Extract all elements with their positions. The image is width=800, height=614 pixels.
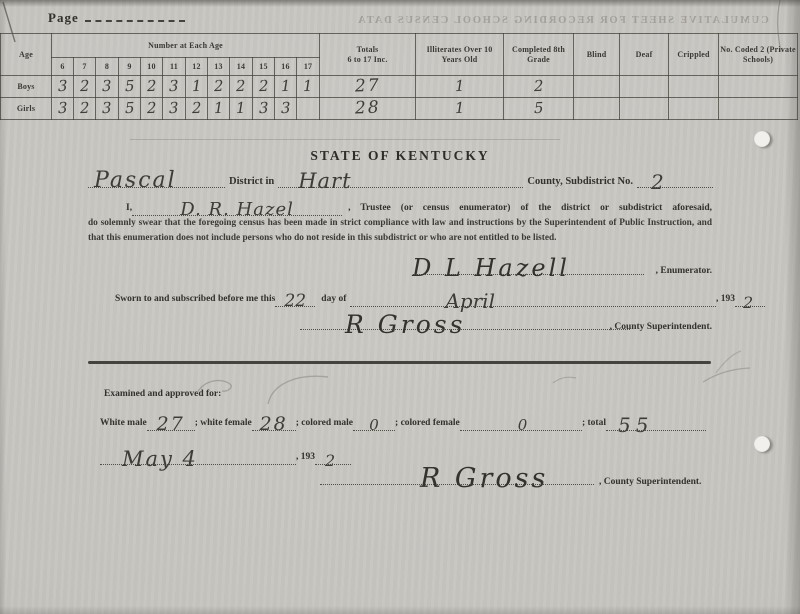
boys-deaf-cell	[620, 76, 669, 98]
colored-female-field: 0	[460, 418, 582, 431]
data-cell: 3	[253, 98, 275, 120]
sworn-label: Sworn to and subscribed before me this	[115, 294, 275, 305]
age-col-6: 6	[52, 58, 74, 76]
data-cell: 2	[74, 98, 96, 120]
enumerator-label: , Enumerator.	[656, 266, 712, 276]
boys-crippled-cell	[669, 76, 719, 98]
white-female-label: ; white female	[195, 418, 252, 429]
census-summary-table: Age Number at Each Age Totals 6 to 17 In…	[0, 33, 798, 120]
age-col-14: 14	[230, 58, 253, 76]
pencil-tick-mark-3	[716, 351, 741, 373]
enumerator-name-field: D. R. Hazel	[132, 201, 342, 216]
deaf-column-header: Deaf	[620, 34, 669, 76]
age-col-8: 8	[96, 58, 119, 76]
data-cell: 2	[141, 98, 163, 120]
white-male-label: White male	[100, 418, 147, 429]
colored-male-field: 0	[353, 418, 395, 431]
total-label: ; total	[582, 418, 606, 429]
subdistrict-number-field: 2	[637, 172, 713, 188]
age-column-header: Age	[1, 34, 52, 76]
age-col-17: 17	[297, 58, 320, 76]
data-cell: 1	[208, 98, 230, 120]
data-cell: 1	[297, 76, 320, 98]
illiterates-column-header: Illiterates Over 10 Years Old	[416, 34, 504, 76]
blind-column-header: Blind	[574, 34, 620, 76]
paper-edge-right	[785, 0, 800, 614]
enumerator-signature-line: D L Hazell , Enumerator.	[340, 244, 712, 282]
boys-row-label: Boys	[1, 76, 52, 98]
total-value: 55	[606, 415, 653, 435]
colored-male-label: ; colored male	[296, 418, 353, 429]
age-col-12: 12	[186, 58, 208, 76]
superintendent-label-2: , County Superintendent.	[599, 477, 701, 487]
age-col-7: 7	[74, 58, 96, 76]
approval-date-value: May 4	[100, 449, 198, 470]
superintendent-signature-line-1: R Gross , County Superintendent.	[300, 301, 712, 335]
document-page: CUMULATIVE SHEET FOR RECORDING SCHOOL CE…	[0, 0, 800, 614]
superintendent-signature-2: R Gross	[420, 465, 548, 492]
colored-female-value: 0	[460, 418, 528, 433]
girls-total-cell: 28	[320, 98, 416, 120]
white-male-field: 27	[147, 415, 195, 431]
punch-hole-bottom	[754, 436, 770, 452]
page-label: Page	[48, 10, 79, 25]
girls-deaf-cell	[620, 98, 669, 120]
completed-8th-column-header: Completed 8th Grade	[504, 34, 574, 76]
table-header-row-1: Age Number at Each Age Totals 6 to 17 In…	[1, 34, 798, 58]
subdistrict-number-value: 2	[637, 172, 664, 192]
data-cell: 2	[230, 76, 253, 98]
superintendent-signature-line-2: R Gross , County Superintendent.	[320, 452, 712, 492]
white-male-value: 27	[157, 415, 185, 434]
district-line: Pascal District in Hart County, Subdistr…	[88, 161, 713, 188]
county-subdistrict-label: County, Subdistrict No.	[527, 176, 633, 187]
age-col-16: 16	[275, 58, 297, 76]
white-female-value: 28	[260, 415, 288, 434]
data-cell: 1	[186, 76, 208, 98]
trustee-clause-label: , Trustee (or census enumerator) of the …	[348, 203, 712, 214]
number-at-each-age-header: Number at Each Age	[52, 34, 320, 58]
oath-paragraph: do solemnly swear that the foregoing cen…	[88, 216, 712, 246]
girls-blind-cell	[574, 98, 620, 120]
data-cell: 3	[163, 76, 186, 98]
enumerator-signature: D L Hazell	[350, 256, 632, 280]
girls-illiterates-cell: 1	[416, 98, 504, 120]
pencil-curve-mark	[268, 376, 328, 404]
pencil-tick-mark-2	[703, 368, 750, 382]
district-name-value: Pascal	[88, 170, 177, 192]
data-cell: 1	[230, 98, 253, 120]
data-cell: 2	[208, 76, 230, 98]
data-cell: 2	[141, 76, 163, 98]
total-field: 55	[606, 415, 706, 431]
data-cell: 2	[74, 76, 96, 98]
sworn-year-value: 2	[735, 295, 753, 311]
age-col-10: 10	[141, 58, 163, 76]
superintendent-label-1: , County Superintendent.	[610, 322, 712, 332]
boys-total-cell: 27	[320, 76, 416, 98]
data-cell: 5	[119, 98, 141, 120]
totals-header-line1: Totals	[357, 45, 379, 54]
age-col-11: 11	[163, 58, 186, 76]
county-name-value: Hart	[278, 171, 351, 192]
data-cell: 3	[163, 98, 186, 120]
totals-column-header: Totals 6 to 17 Inc.	[320, 34, 416, 76]
data-cell	[297, 98, 320, 120]
paper-edge-left	[0, 0, 6, 614]
data-cell: 1	[275, 76, 297, 98]
district-name-field: Pascal	[88, 170, 225, 188]
data-cell: 3	[275, 98, 297, 120]
data-cell: 3	[52, 76, 74, 98]
data-cell: 3	[96, 98, 119, 120]
sworn-year-field: 2	[735, 295, 765, 307]
paper-edge-top	[0, 0, 800, 7]
boys-8th-grade-cell: 2	[504, 76, 574, 98]
totals-header-line2: 6 to 17 Inc.	[347, 55, 387, 64]
white-female-field: 28	[252, 415, 296, 431]
data-cell: 2	[253, 76, 275, 98]
page-number-blank-line	[85, 8, 185, 22]
data-cell: 5	[119, 76, 141, 98]
boys-illiterates-cell: 1	[416, 76, 504, 98]
table-row-girls: Girls 3 2 3 5 2 3 2 1 1 3 3 28 1 5	[1, 98, 798, 120]
age-col-9: 9	[119, 58, 141, 76]
colored-male-value: 0	[369, 418, 379, 433]
girls-crippled-cell	[669, 98, 719, 120]
approval-year-prefix-label: , 193	[296, 452, 315, 463]
section-divider-rule	[88, 361, 711, 364]
paper-edge-bottom	[0, 606, 800, 614]
boys-blind-cell	[574, 76, 620, 98]
data-cell: 3	[52, 98, 74, 120]
data-cell: 2	[186, 98, 208, 120]
punch-hole-top	[754, 131, 770, 147]
district-in-label: District in	[229, 176, 274, 187]
approval-date-field: May 4	[100, 449, 296, 465]
pencil-tick-mark-1	[553, 377, 576, 383]
approval-counts-line: White male 27 ; white female 28 ; colore…	[100, 407, 706, 431]
year-prefix-label: , 193	[716, 294, 735, 305]
trustee-line: I, D. R. Hazel , Trustee (or census enum…	[88, 192, 712, 216]
girls-8th-grade-cell: 5	[504, 98, 574, 120]
county-name-field: Hart	[278, 171, 523, 188]
age-col-13: 13	[208, 58, 230, 76]
girls-row-label: Girls	[1, 98, 52, 120]
bleedthrough-rule	[130, 139, 560, 140]
crippled-column-header: Crippled	[669, 34, 719, 76]
age-col-15: 15	[253, 58, 275, 76]
approval-heading: Examined and approved for:	[104, 389, 221, 399]
table-row-boys: Boys 3 2 3 5 2 3 1 2 2 2 1 1 27 1 2	[1, 76, 798, 98]
data-cell: 3	[96, 76, 119, 98]
colored-female-label: ; colored female	[395, 418, 460, 429]
bleedthrough-text: CUMULATIVE SHEET FOR RECORDING SCHOOL CE…	[350, 15, 775, 26]
superintendent-signature-1: R Gross	[345, 312, 465, 337]
page-number-field: Page	[48, 8, 185, 26]
